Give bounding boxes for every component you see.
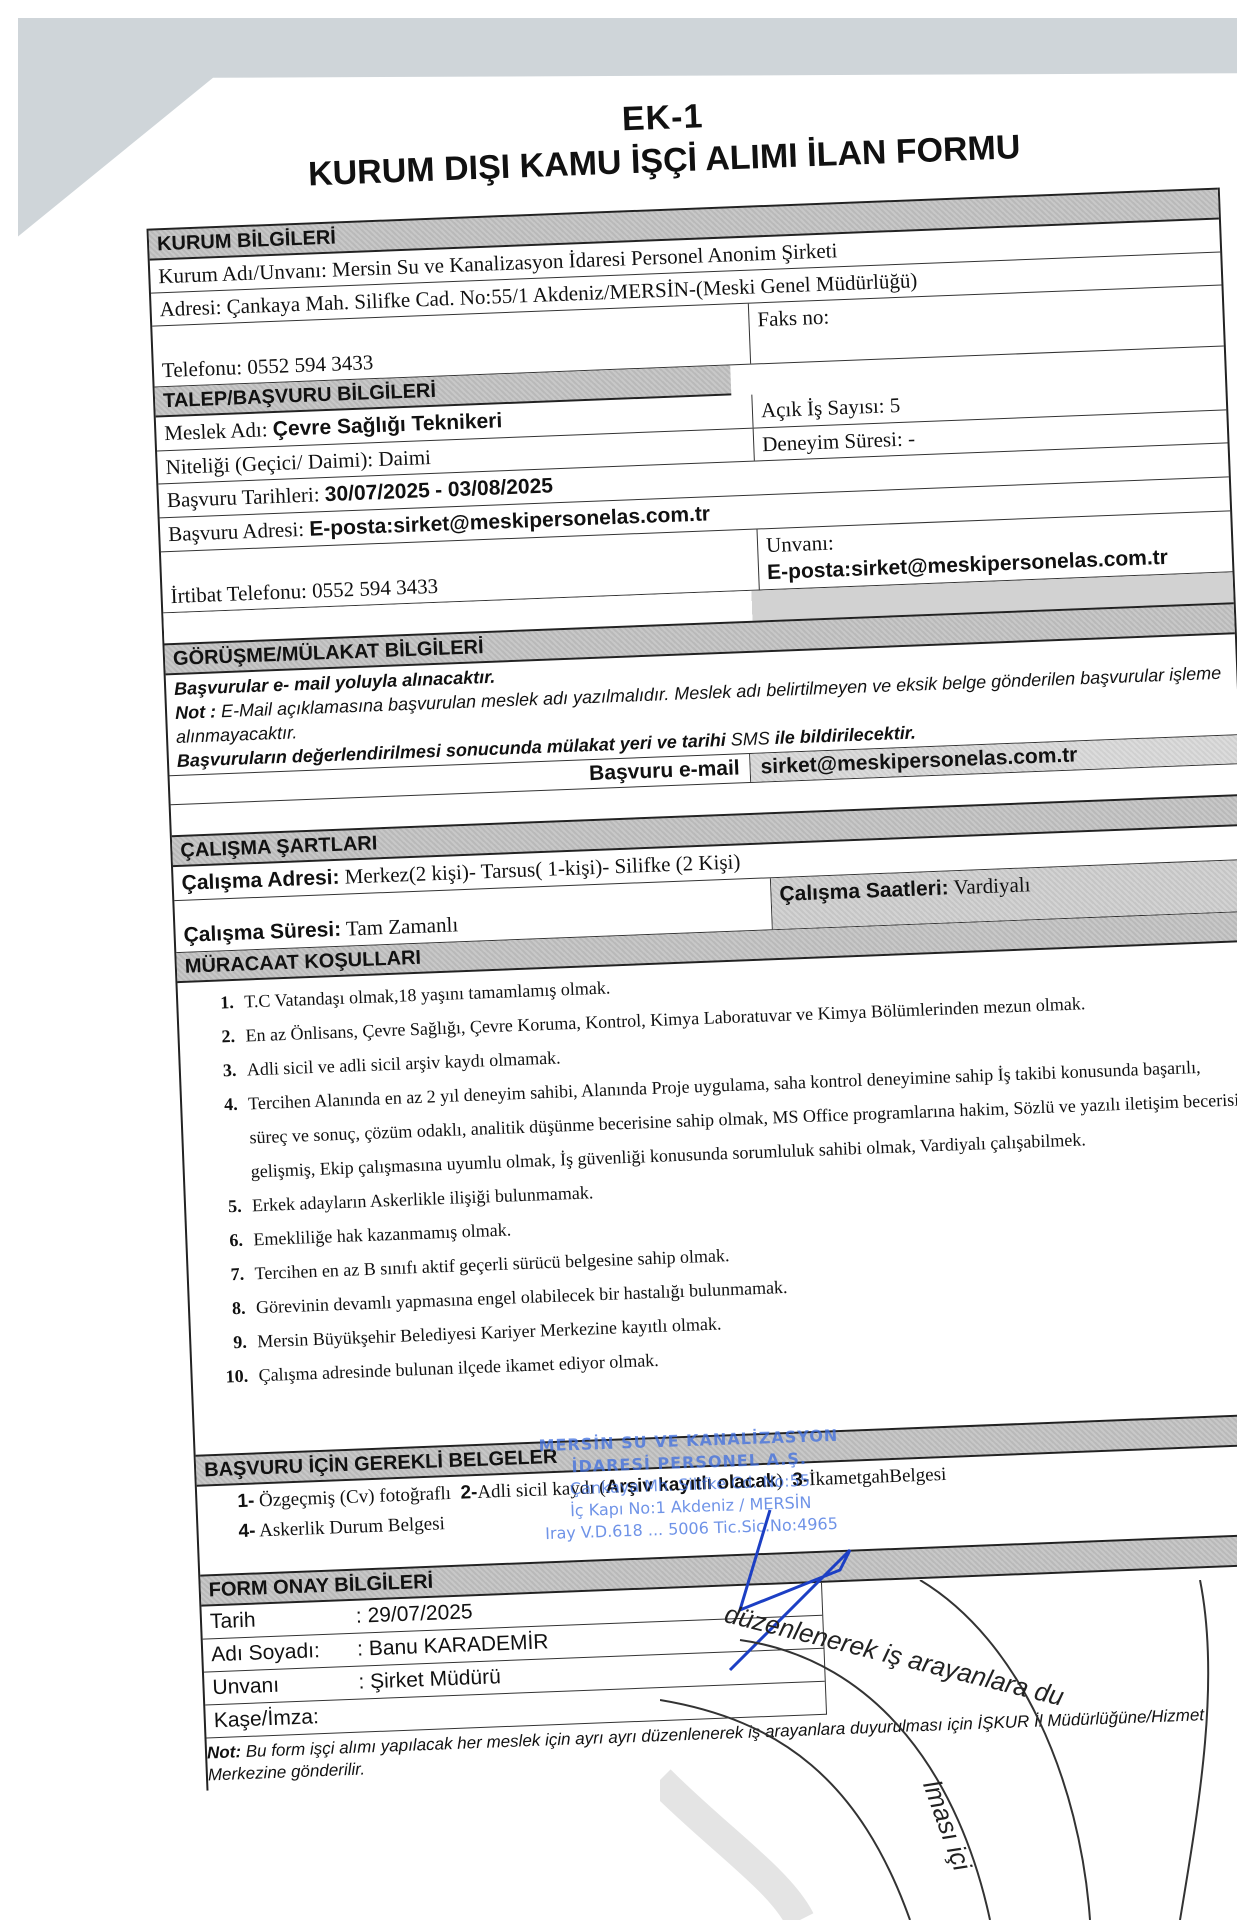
irtibat-value: 0552 594 3433 [312, 574, 439, 603]
calisma-saat-value: Vardiyalı [953, 872, 1031, 899]
kurum-adi-label: Kurum Adı/Unvanı: [158, 258, 327, 288]
tarih-separator: - [435, 478, 449, 501]
calisma-saat-label: Çalışma Saatleri: [779, 876, 949, 905]
nitelik-value: Daimi [378, 445, 431, 471]
form-onay-label: Tarih [201, 1601, 348, 1639]
doc-1-text: Özgeçmiş (Cv) fotoğraflı [259, 1483, 452, 1511]
footnote-label: Not: [207, 1742, 242, 1762]
muracaat-list: T.C Vatandaşı olmak,18 yaşını tamamlamış… [178, 946, 1237, 1395]
doc-4-number: 4- [238, 1521, 256, 1543]
calisma-sure-value: Tam Zamanlı [346, 912, 459, 940]
basvuru-adres-label: Başvuru Adresi: [168, 517, 305, 546]
calisma-adres-label: Çalışma Adresi: [181, 866, 340, 895]
meslek-value: Çevre Sağlığı Teknikeri [272, 409, 502, 441]
telefon-value: 0552 594 3433 [247, 350, 374, 379]
job-posting-form: KURUM BİLGİLERİ Kurum Adı/Unvanı: Mersin… [147, 187, 1237, 1790]
gorusme-line-3b: SMS [730, 728, 770, 749]
nitelik-label: Niteliği (Geçici/ Daimi): [165, 447, 373, 479]
doc-4-text: Askerlik Durum Belgesi [259, 1513, 445, 1541]
adres-label: Adresi: [159, 295, 222, 321]
tarih-baslangic: 30/07/2025 [324, 479, 430, 506]
form-onay-label: Kaşe/İmza: [205, 1700, 352, 1738]
deneyim-value: - [907, 426, 915, 450]
tarih-bitis: 03/08/2025 [447, 474, 553, 501]
acik-is-value: 5 [889, 393, 900, 417]
form-onay-label: Adı Soyadı: [203, 1634, 350, 1672]
irtibat-label: İrtibat Telefonu: [170, 579, 307, 608]
telefon-label: Telefonu: [161, 355, 242, 382]
faks-label: Faks no: [757, 305, 830, 332]
acik-is-label: Açık İş Sayısı: [760, 394, 885, 423]
calisma-sure-label: Çalışma Süresi: [183, 918, 341, 947]
document-header: EK-1 KURUM DIŞI KAMU İŞÇİ ALIMI İLAN FOR… [112, 78, 1214, 202]
doc-1-number: 1- [237, 1491, 255, 1513]
meslek-label: Meslek Adı: [164, 417, 268, 445]
deneyim-label: Deneyim Süresi: [762, 427, 903, 456]
doc-2-number: 2- [460, 1482, 478, 1504]
gorusme-line-3c: ile bildirilecektir. [774, 723, 916, 748]
note-label: Not : [175, 701, 217, 723]
form-onay-label: Unvanı [204, 1667, 351, 1705]
tarih-label: Başvuru Tarihleri: [166, 482, 320, 512]
